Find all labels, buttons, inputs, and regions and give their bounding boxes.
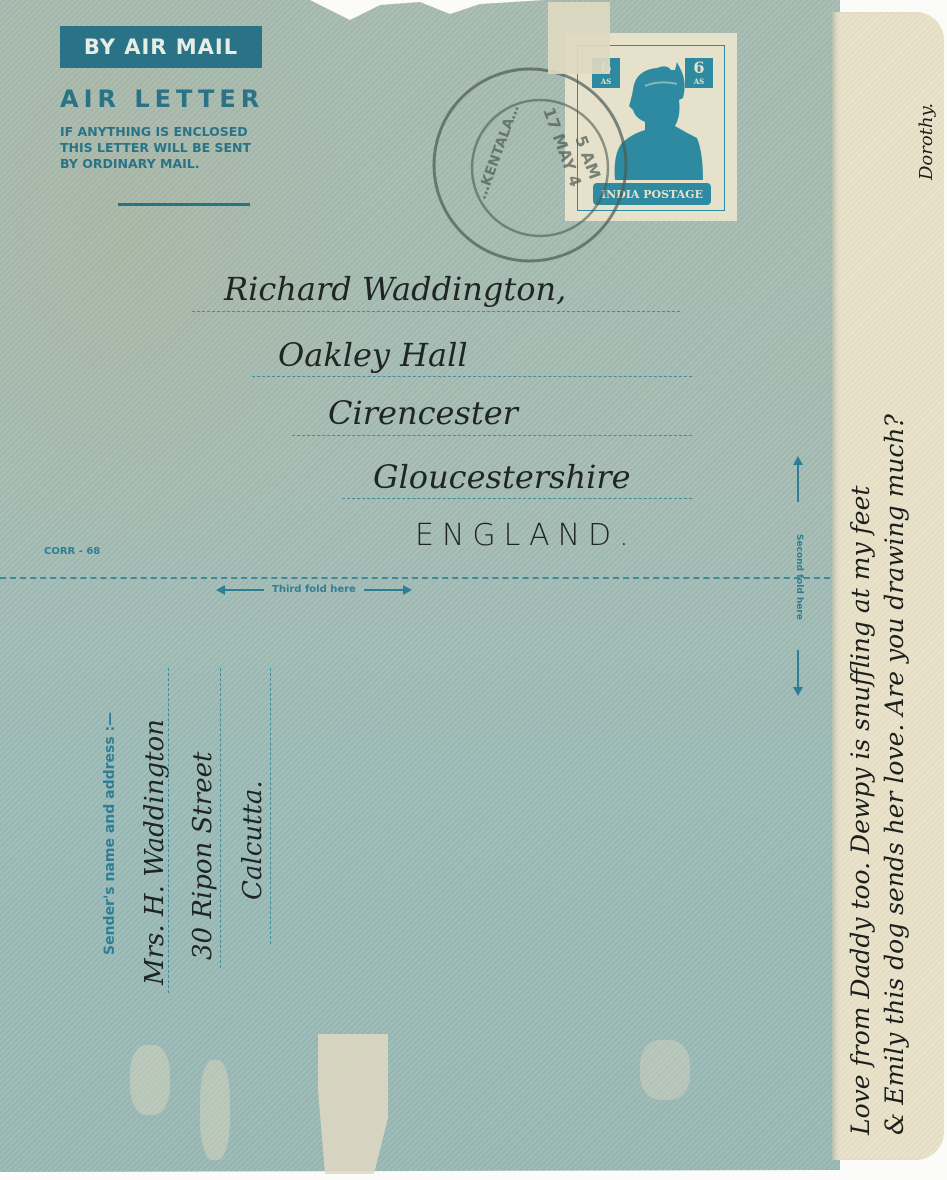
address-line-country: ENGLAND.	[415, 518, 637, 553]
address-line-town: Cirencester	[328, 394, 518, 432]
paper-damage	[548, 2, 610, 74]
paper-damage	[200, 1060, 230, 1160]
second-fold-label: Second fold here	[794, 527, 804, 627]
air-letter-title: AIR LETTER	[60, 85, 264, 113]
header-rule	[118, 203, 250, 206]
paper-damage	[130, 1045, 170, 1115]
postmark-icon: …KENTALA… 17 MAY 4 5 AM	[425, 60, 635, 270]
address-line-county: Gloucestershire	[373, 458, 631, 496]
address-rule	[252, 376, 692, 377]
by-air-mail-label: BY AIR MAIL	[60, 26, 262, 68]
address-rule	[342, 498, 692, 499]
svg-text:…KENTALA…: …KENTALA…	[474, 103, 523, 202]
arrow-up-icon	[797, 458, 799, 502]
arrow-left-icon	[218, 589, 264, 591]
sender-line-name: Mrs. H. Waddington	[140, 719, 170, 985]
address-line-name: Richard Waddington,	[224, 270, 566, 308]
address-rule	[192, 311, 680, 312]
flap-note-line-2: & Emily this dog sends her love. Are you…	[880, 414, 909, 1135]
paper-damage	[318, 1034, 388, 1174]
arrow-down-icon	[797, 650, 799, 694]
enclosure-warning: IF ANYTHING IS ENCLOSED THIS LETTER WILL…	[60, 124, 320, 172]
sender-rule	[220, 668, 221, 968]
address-line-house: Oakley Hall	[278, 336, 468, 374]
third-fold-line	[0, 577, 830, 579]
sender-line-street: 30 Ripon Street	[188, 752, 218, 960]
sender-line-city: Calcutta.	[238, 780, 268, 900]
address-rule	[292, 435, 692, 436]
flap-note-signature: Dorothy.	[916, 103, 937, 180]
paper-damage	[640, 1040, 690, 1100]
third-fold-text: Third fold here	[272, 584, 356, 595]
sender-rule	[270, 668, 271, 944]
flap-note-line-1: Love from Daddy too. Dewpy is snuffling …	[846, 486, 875, 1135]
arrow-right-icon	[364, 589, 410, 591]
sender-label: Sender's name and address :—	[102, 712, 118, 955]
sender-rule	[168, 668, 169, 993]
form-code: CORR - 68	[44, 546, 100, 557]
third-fold-label: Third fold here	[218, 584, 410, 595]
